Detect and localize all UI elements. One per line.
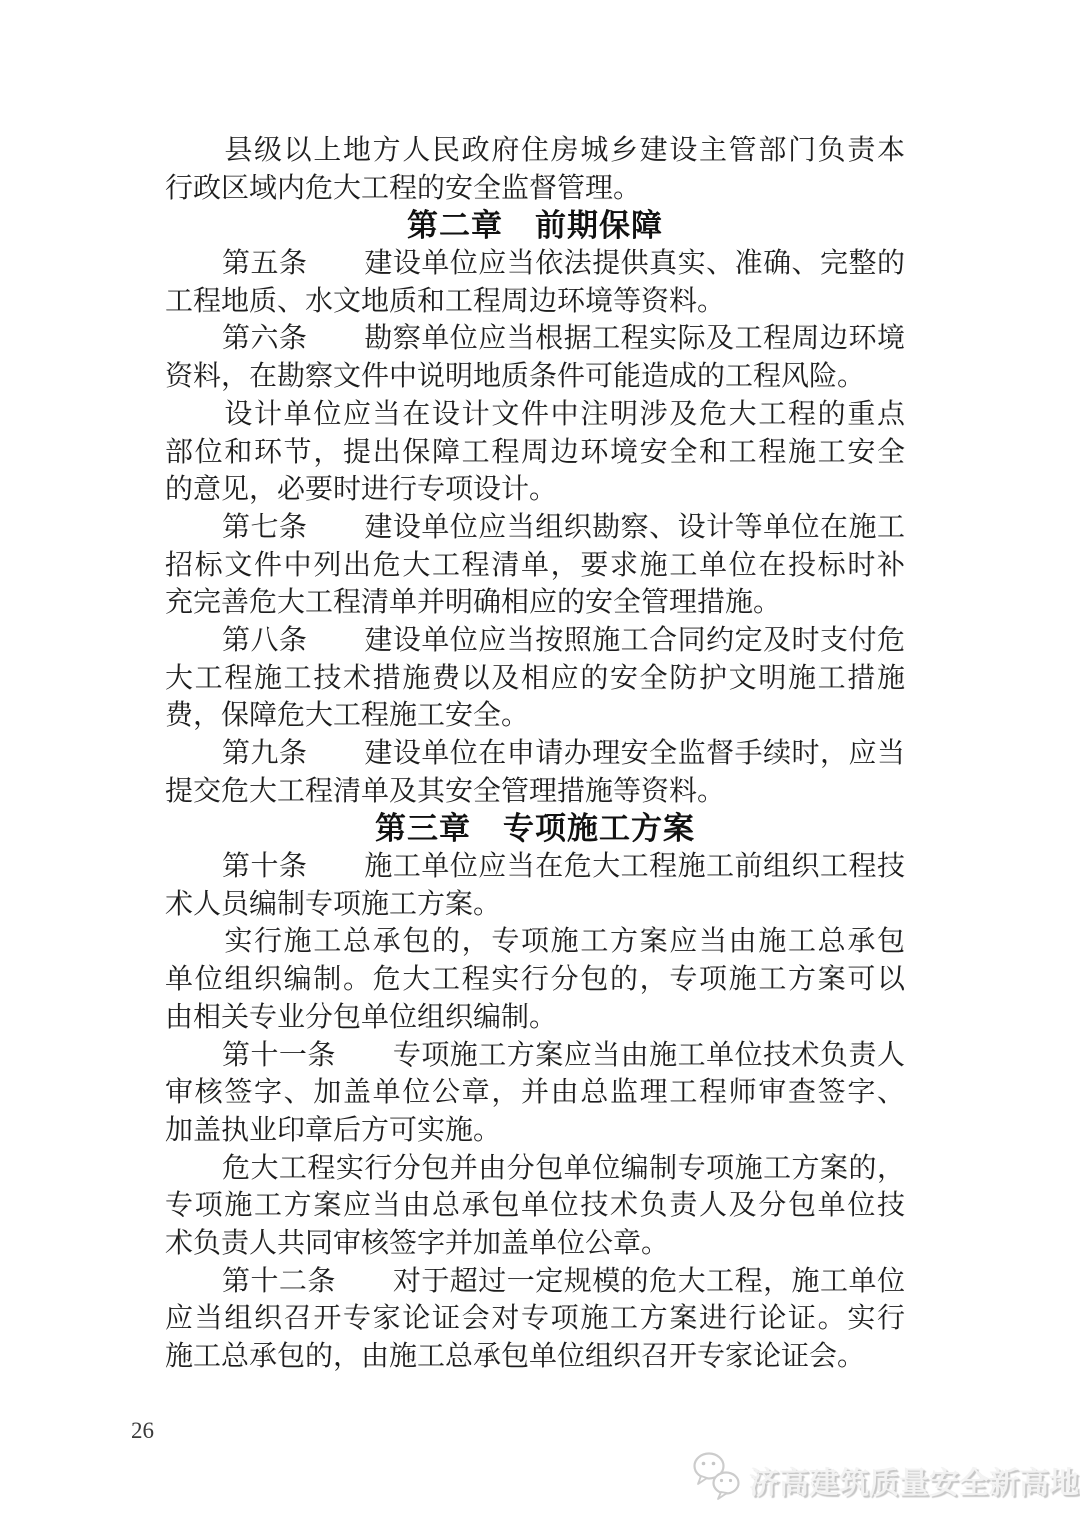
document-line: 第十二条 对于超过一定规模的危大工程，施工单位 [165, 1263, 905, 1301]
document-line: 费，保障危大工程施工安全。 [165, 697, 905, 735]
document-line: 施工总承包的，由施工总承包单位组织召开专家论证会。 [165, 1338, 905, 1376]
watermark-label: 济高建筑质量安全新高地 [749, 1458, 1079, 1502]
document-line: 部位和环节，提出保障工程周边环境安全和工程施工安全 [165, 434, 905, 472]
document-line: 加盖执业印章后方可实施。 [165, 1112, 905, 1150]
document-line: 提交危大工程清单及其安全管理措施等资料。 [165, 773, 905, 811]
document-line: 工程地质、水文地质和工程周边环境等资料。 [165, 283, 905, 321]
document-line: 术负责人共同审核签字并加盖单位公章。 [165, 1225, 905, 1263]
document-line: 单位组织编制。危大工程实行分包的，专项施工方案可以 [165, 961, 905, 999]
watermark: 济高建筑质量安全新高地 [692, 1446, 1080, 1508]
document-line: 第七条 建设单位应当组织勘察、设计等单位在施工 [165, 509, 905, 547]
document-line: 由相关专业分包单位组织编制。 [165, 999, 905, 1037]
document-line: 充完善危大工程清单并明确相应的安全管理措施。 [165, 584, 905, 622]
document-line: 行政区域内危大工程的安全监督管理。 [165, 170, 905, 208]
document-line: 大工程施工技术措施费以及相应的安全防护文明施工措施 [165, 660, 905, 698]
document-line: 实行施工总承包的，专项施工方案应当由施工总承包 [165, 923, 905, 961]
document-line: 专项施工方案应当由总承包单位技术负责人及分包单位技 [165, 1187, 905, 1225]
page-number: 26 [131, 1418, 154, 1444]
document-line: 的意见，必要时进行专项设计。 [165, 471, 905, 509]
wechat-icon [692, 1450, 744, 1506]
document-line: 招标文件中列出危大工程清单，要求施工单位在投标时补 [165, 547, 905, 585]
document-line: 第五条 建设单位应当依法提供真实、准确、完整的 [165, 245, 905, 283]
document-line: 危大工程实行分包并由分包单位编制专项施工方案的， [165, 1150, 905, 1188]
chapter-heading: 第二章 前期保障 [165, 207, 905, 245]
document-line: 设计单位应当在设计文件中注明涉及危大工程的重点 [165, 396, 905, 434]
document-line: 审核签字、加盖单位公章，并由总监理工程师审查签字、 [165, 1074, 905, 1112]
document-line: 第十一条 专项施工方案应当由施工单位技术负责人 [165, 1037, 905, 1075]
document-line: 第六条 勘察单位应当根据工程实际及工程周边环境 [165, 320, 905, 358]
document-line: 第十条 施工单位应当在危大工程施工前组织工程技 [165, 848, 905, 886]
document-line: 资料，在勘察文件中说明地质条件可能造成的工程风险。 [165, 358, 905, 396]
chapter-heading: 第三章 专项施工方案 [165, 810, 905, 848]
document-line: 第八条 建设单位应当按照施工合同约定及时支付危 [165, 622, 905, 660]
document-page: 县级以上地方人民政府住房城乡建设主管部门负责本行政区域内危大工程的安全监督管理。… [0, 0, 1080, 1527]
document-text-block: 县级以上地方人民政府住房城乡建设主管部门负责本行政区域内危大工程的安全监督管理。… [165, 132, 905, 1376]
document-line: 第九条 建设单位在申请办理安全监督手续时，应当 [165, 735, 905, 773]
document-line: 县级以上地方人民政府住房城乡建设主管部门负责本 [165, 132, 905, 170]
document-line: 术人员编制专项施工方案。 [165, 886, 905, 924]
document-line: 应当组织召开专家论证会对专项施工方案进行论证。实行 [165, 1300, 905, 1338]
